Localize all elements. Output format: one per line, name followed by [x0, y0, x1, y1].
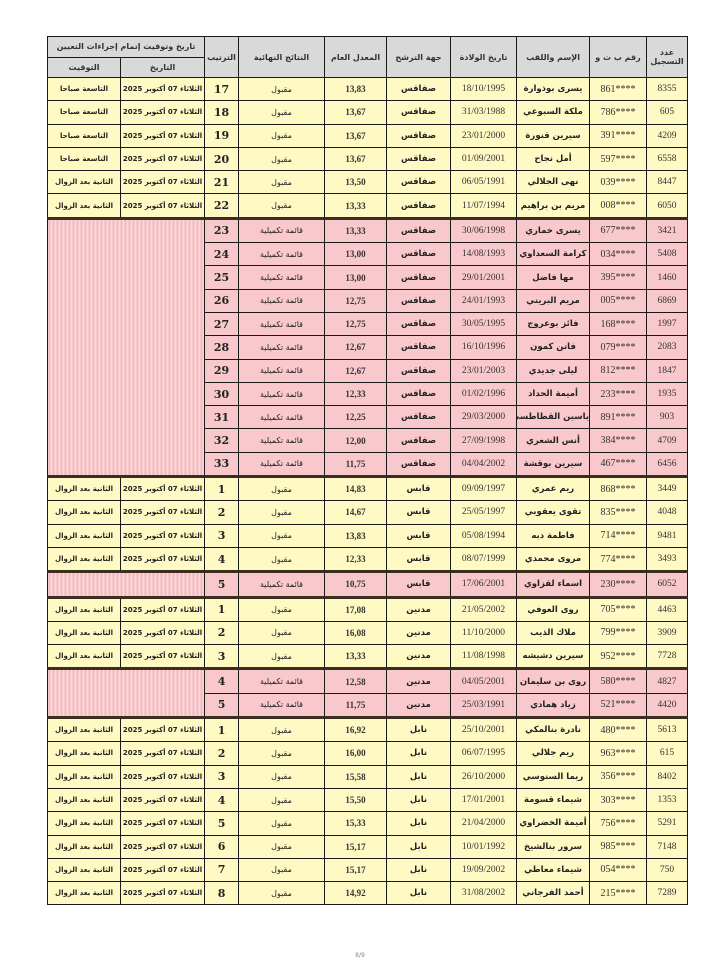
cell-registration-no: 3493: [647, 547, 688, 571]
results-table: عدد التسجيل رقم ب ت و الإسم واللقب تاريخ…: [47, 36, 688, 905]
cell-rank: 4: [205, 788, 239, 811]
cell-birth-date: 11/10/2000: [451, 621, 517, 644]
table-row: 4827****580روى بن سليمان04/05/2001مدنين1…: [48, 669, 688, 693]
cell-birth-date: 25/03/1991: [451, 693, 517, 717]
cell-region: نابل: [387, 812, 451, 835]
cell-cin: ****952: [590, 645, 647, 669]
cell-cin: ****786: [590, 101, 647, 124]
cell-result: قائمة تكميلية: [239, 266, 325, 289]
cell-region: صفاقس: [387, 243, 451, 266]
cell-candidate-name: فاتن كمون: [517, 336, 590, 359]
cell-rank: 4: [205, 669, 239, 693]
cell-average: 16,92: [325, 718, 387, 742]
table-row: 7289****215أحمد الفرجاني31/08/2002نابل14…: [48, 882, 688, 905]
cell-appointment-date: الثلاثاء 07 أكتوبر 2025: [121, 858, 205, 881]
cell-cin: ****391: [590, 124, 647, 147]
cell-average: 13,50: [325, 171, 387, 194]
cell-region: صفاقس: [387, 359, 451, 382]
cell-candidate-name: كرامة السعداوي: [517, 243, 590, 266]
cell-cin: ****054: [590, 858, 647, 881]
cell-cin: ****233: [590, 382, 647, 405]
cell-rank: 28: [205, 336, 239, 359]
cell-average: 16,08: [325, 621, 387, 644]
cell-appointment-date: الثلاثاء 07 أكتوبر 2025: [121, 124, 205, 147]
cell-candidate-name: أميمة الخضراوي: [517, 812, 590, 835]
cell-birth-date: 04/05/2001: [451, 669, 517, 693]
cell-result: مقبول: [239, 477, 325, 501]
cell-cin: ****395: [590, 266, 647, 289]
cell-appointment-date: الثلاثاء 07 أكتوبر 2025: [121, 147, 205, 170]
cell-candidate-name: فاطمة دبه: [517, 524, 590, 547]
cell-average: 12,33: [325, 382, 387, 405]
table-row: 1353****303شيماء قسومة17/01/2001نابل15,5…: [48, 788, 688, 811]
cell-candidate-name: ليلى جديدي: [517, 359, 590, 382]
cell-rank: 1: [205, 597, 239, 621]
cell-region: صفاقس: [387, 312, 451, 335]
cell-result: مقبول: [239, 742, 325, 765]
cell-registration-no: 3449: [647, 477, 688, 501]
cell-birth-date: 21/05/2002: [451, 597, 517, 621]
cell-birth-date: 27/09/1998: [451, 429, 517, 452]
cell-rank: 25: [205, 266, 239, 289]
cell-appointment-time: الثانية بعد الزوال: [48, 788, 121, 811]
cell-candidate-name: نادرة بنالمكي: [517, 718, 590, 742]
cell-birth-date: 31/03/1988: [451, 101, 517, 124]
cell-birth-date: 11/08/1998: [451, 645, 517, 669]
cell-rank: 2: [205, 501, 239, 524]
cell-result: قائمة تكميلية: [239, 289, 325, 312]
cell-registration-no: 7728: [647, 645, 688, 669]
cell-candidate-name: مريم البريني: [517, 289, 590, 312]
cell-rank: 24: [205, 243, 239, 266]
cell-region: قابس: [387, 547, 451, 571]
cell-registration-no: 9481: [647, 524, 688, 547]
cell-birth-date: 17/01/2001: [451, 788, 517, 811]
cell-birth-date: 29/01/2001: [451, 266, 517, 289]
cell-appointment-time: التاسعة صباحا: [48, 124, 121, 147]
table-row: 3449****868ريم عمري09/09/1997قابس14,83مق…: [48, 477, 688, 501]
cell-result: قائمة تكميلية: [239, 693, 325, 717]
cell-rank: 30: [205, 382, 239, 405]
cell-cin: ****034: [590, 243, 647, 266]
cell-region: صفاقس: [387, 452, 451, 476]
cell-average: 12,67: [325, 336, 387, 359]
cell-appointment-date: الثلاثاء 07 أكتوبر 2025: [121, 812, 205, 835]
cell-rank: 1: [205, 477, 239, 501]
cell-birth-date: 31/08/2002: [451, 882, 517, 905]
table-row: 9481****714فاطمة دبه05/08/1994قابس13,83م…: [48, 524, 688, 547]
cell-rank: 4: [205, 547, 239, 571]
cell-average: 13,00: [325, 243, 387, 266]
cell-average: 15,50: [325, 788, 387, 811]
cell-result: مقبول: [239, 835, 325, 858]
cell-candidate-name: أحمد الفرجاني: [517, 882, 590, 905]
page-number: 8/9: [0, 952, 720, 959]
cell-appointment-time: التاسعة صباحا: [48, 147, 121, 170]
cell-result: مقبول: [239, 812, 325, 835]
cell-rank: 20: [205, 147, 239, 170]
cell-region: صفاقس: [387, 266, 451, 289]
cell-appointment-date: الثلاثاء 07 أكتوبر 2025: [121, 835, 205, 858]
cell-rank: 33: [205, 452, 239, 476]
cell-rank: 21: [205, 171, 239, 194]
cell-average: 12,00: [325, 429, 387, 452]
cell-registration-no: 1460: [647, 266, 688, 289]
cell-cin: ****079: [590, 336, 647, 359]
table-row: 4209****391سيرين قنورة23/01/2000صفاقس13,…: [48, 124, 688, 147]
table-row: 8447****039نهى الجلالي06/05/1991صفاقس13,…: [48, 171, 688, 194]
cell-result: قائمة تكميلية: [239, 382, 325, 405]
cell-result: قائمة تكميلية: [239, 359, 325, 382]
cell-region: مدنين: [387, 597, 451, 621]
cell-region: صفاقس: [387, 406, 451, 429]
table-row: 5613****480نادرة بنالمكي25/10/2001نابل16…: [48, 718, 688, 742]
cell-candidate-name: تقوى يعقوبي: [517, 501, 590, 524]
cell-rank: 3: [205, 524, 239, 547]
cell-birth-date: 06/07/1995: [451, 742, 517, 765]
cell-region: صفاقس: [387, 147, 451, 170]
cell-region: صفاقس: [387, 101, 451, 124]
cell-appointment-time: الثانية بعد الزوال: [48, 882, 121, 905]
table-row: 8355****861يسرى بوذوارة18/10/1995صفاقس13…: [48, 78, 688, 101]
cell-average: 15,33: [325, 812, 387, 835]
cell-registration-no: 6050: [647, 194, 688, 218]
cell-cin: ****597: [590, 147, 647, 170]
cell-average: 12,67: [325, 359, 387, 382]
cell-average: 11,75: [325, 452, 387, 476]
cell-result: مقبول: [239, 645, 325, 669]
cell-cin: ****384: [590, 429, 647, 452]
cell-result: قائمة تكميلية: [239, 572, 325, 597]
cell-birth-date: 09/09/1997: [451, 477, 517, 501]
cell-result: مقبول: [239, 171, 325, 194]
cell-birth-date: 23/01/2000: [451, 124, 517, 147]
cell-appointment-date: الثلاثاء 07 أكتوبر 2025: [121, 597, 205, 621]
cell-appointment-time: الثانية بعد الزوال: [48, 597, 121, 621]
cell-appointment-date: الثلاثاء 07 أكتوبر 2025: [121, 742, 205, 765]
cell-result: مقبول: [239, 78, 325, 101]
header-registration-no: عدد التسجيل: [647, 37, 688, 78]
cell-result: قائمة تكميلية: [239, 336, 325, 359]
cell-appointment-time: الثانية بعد الزوال: [48, 765, 121, 788]
cell-birth-date: 26/10/2000: [451, 765, 517, 788]
cell-candidate-name: سيرين قنورة: [517, 124, 590, 147]
cell-registration-no: 7289: [647, 882, 688, 905]
cell-registration-no: 4709: [647, 429, 688, 452]
cell-candidate-name: فائز بوعروج: [517, 312, 590, 335]
cell-appointment-time: الثانية بعد الزوال: [48, 742, 121, 765]
table-row: 6052****230اسماء لقزاوي17/06/2001قابس10,…: [48, 572, 688, 597]
cell-candidate-name: روى العوفي: [517, 597, 590, 621]
header-birth-date: تاريخ الولادة: [451, 37, 517, 78]
cell-candidate-name: ريم جلالي: [517, 742, 590, 765]
cell-appointment-date: الثلاثاء 07 أكتوبر 2025: [121, 765, 205, 788]
cell-cin: ****835: [590, 501, 647, 524]
cell-registration-no: 4420: [647, 693, 688, 717]
cell-appointment-date: الثلاثاء 07 أكتوبر 2025: [121, 524, 205, 547]
cell-region: صفاقس: [387, 78, 451, 101]
cell-rank: 27: [205, 312, 239, 335]
header-name: الإسم واللقب: [517, 37, 590, 78]
cell-average: 13,33: [325, 645, 387, 669]
table-row: 5291****756أميمة الخضراوي21/04/2000نابل1…: [48, 812, 688, 835]
cell-average: 16,00: [325, 742, 387, 765]
cell-birth-date: 30/06/1998: [451, 218, 517, 242]
cell-registration-no: 8447: [647, 171, 688, 194]
cell-candidate-name: أميمة الحداد: [517, 382, 590, 405]
cell-birth-date: 30/05/1995: [451, 312, 517, 335]
cell-average: 10,75: [325, 572, 387, 597]
cell-candidate-name: يسرى خماري: [517, 218, 590, 242]
cell-region: نابل: [387, 742, 451, 765]
header-rank: الترتيب: [205, 37, 239, 78]
cell-registration-no: 4463: [647, 597, 688, 621]
cell-region: صفاقس: [387, 382, 451, 405]
cell-appointment-date: الثلاثاء 07 أكتوبر 2025: [121, 882, 205, 905]
table-row: 3909****799ملاك الذيب11/10/2000مدنين16,0…: [48, 621, 688, 644]
cell-appointment-time: الثانية بعد الزوال: [48, 718, 121, 742]
cell-appointment-date: الثلاثاء 07 أكتوبر 2025: [121, 788, 205, 811]
cell-birth-date: 01/09/2001: [451, 147, 517, 170]
cell-registration-no: 6456: [647, 452, 688, 476]
cell-cin: ****705: [590, 597, 647, 621]
cell-candidate-name: اسماء لقزاوي: [517, 572, 590, 597]
cell-average: 12,58: [325, 669, 387, 693]
cell-rank: 32: [205, 429, 239, 452]
cell-appointment-time: الثانية بعد الزوال: [48, 194, 121, 218]
header-result: النتائج النهائية: [239, 37, 325, 78]
cell-result: مقبول: [239, 524, 325, 547]
cell-candidate-name: ريما السنوسي: [517, 765, 590, 788]
cell-average: 11,75: [325, 693, 387, 717]
cell-candidate-name: ريم عمري: [517, 477, 590, 501]
cell-registration-no: 5613: [647, 718, 688, 742]
cell-rank: 22: [205, 194, 239, 218]
cell-registration-no: 4048: [647, 501, 688, 524]
cell-cin: ****812: [590, 359, 647, 382]
cell-registration-no: 7148: [647, 835, 688, 858]
cell-result: قائمة تكميلية: [239, 429, 325, 452]
table-row: 7148****985سرور بنالشيخ10/01/1992نابل15,…: [48, 835, 688, 858]
cell-region: صفاقس: [387, 336, 451, 359]
cell-average: 15,58: [325, 765, 387, 788]
cell-birth-date: 04/04/2002: [451, 452, 517, 476]
cell-registration-no: 6052: [647, 572, 688, 597]
cell-appointment-time: الثانية بعد الزوال: [48, 645, 121, 669]
cell-candidate-name: سيرين بوقشة: [517, 452, 590, 476]
cell-rank: 6: [205, 835, 239, 858]
cell-rank: 31: [205, 406, 239, 429]
cell-birth-date: 25/05/1997: [451, 501, 517, 524]
cell-cin: ****756: [590, 812, 647, 835]
cell-candidate-name: يسرى بوذوارة: [517, 78, 590, 101]
cell-rank: 2: [205, 621, 239, 644]
cell-registration-no: 1847: [647, 359, 688, 382]
cell-birth-date: 11/07/1994: [451, 194, 517, 218]
cell-average: 12,25: [325, 406, 387, 429]
results-body: 8355****861يسرى بوذوارة18/10/1995صفاقس13…: [48, 78, 688, 905]
cell-birth-date: 01/02/1996: [451, 382, 517, 405]
cell-cin: ****714: [590, 524, 647, 547]
table-row: 4463****705روى العوفي21/05/2002مدنين17,0…: [48, 597, 688, 621]
cell-appointment-time: الثانية بعد الزوال: [48, 621, 121, 644]
cell-registration-no: 6558: [647, 147, 688, 170]
cell-candidate-name: ملاك الذيب: [517, 621, 590, 644]
table-row: 8402****356ريما السنوسي26/10/2000نابل15,…: [48, 765, 688, 788]
cell-registration-no: 1997: [647, 312, 688, 335]
cell-result: قائمة تكميلية: [239, 218, 325, 242]
cell-region: نابل: [387, 882, 451, 905]
cell-rank: 26: [205, 289, 239, 312]
cell-birth-date: 29/03/2000: [451, 406, 517, 429]
cell-appointment-time: الثانية بعد الزوال: [48, 858, 121, 881]
cell-average: 13,00: [325, 266, 387, 289]
cell-appointment-time: الثانية بعد الزوال: [48, 835, 121, 858]
cell-registration-no: 3909: [647, 621, 688, 644]
cell-rank: 5: [205, 812, 239, 835]
cell-result: مقبول: [239, 501, 325, 524]
cell-birth-date: 21/04/2000: [451, 812, 517, 835]
cell-appointment-time: الثانية بعد الزوال: [48, 171, 121, 194]
cell-candidate-name: سرور بنالشيخ: [517, 835, 590, 858]
cell-birth-date: 06/05/1991: [451, 171, 517, 194]
cell-rank: 29: [205, 359, 239, 382]
cell-cin: ****580: [590, 669, 647, 693]
cell-average: 17,08: [325, 597, 387, 621]
cell-birth-date: 25/10/2001: [451, 718, 517, 742]
cell-rank: 2: [205, 742, 239, 765]
cell-birth-date: 05/08/1994: [451, 524, 517, 547]
cell-candidate-name: مها فاضل: [517, 266, 590, 289]
cell-appointment-time: الثانية بعد الزوال: [48, 812, 121, 835]
cell-candidate-name: مريم بن براهيم: [517, 194, 590, 218]
cell-candidate-name: شيماء معاطي: [517, 858, 590, 881]
cell-candidate-name: شيماء قسومة: [517, 788, 590, 811]
cell-region: قابس: [387, 501, 451, 524]
cell-registration-no: 1935: [647, 382, 688, 405]
cell-result: مقبول: [239, 147, 325, 170]
cell-average: 12,75: [325, 289, 387, 312]
cell-average: 15,17: [325, 835, 387, 858]
cell-appointment-date: الثلاثاء 07 أكتوبر 2025: [121, 645, 205, 669]
cell-result: مقبول: [239, 101, 325, 124]
cell-average: 13,67: [325, 101, 387, 124]
cell-average: 15,17: [325, 858, 387, 881]
header-cin: رقم ب ت و: [590, 37, 647, 78]
cell-rank: 23: [205, 218, 239, 242]
no-appointment-hatched-cell: [48, 669, 205, 718]
cell-cin: ****963: [590, 742, 647, 765]
cell-appointment-date: الثلاثاء 07 أكتوبر 2025: [121, 101, 205, 124]
header-appointment-group: تاريخ وتوقيت إتمام إجراءات التعيين: [48, 37, 205, 58]
cell-region: نابل: [387, 788, 451, 811]
cell-cin: ****467: [590, 452, 647, 476]
cell-result: قائمة تكميلية: [239, 406, 325, 429]
cell-registration-no: 4827: [647, 669, 688, 693]
cell-result: مقبول: [239, 597, 325, 621]
table-row: 4048****835تقوى يعقوبي25/05/1997قابس14,6…: [48, 501, 688, 524]
cell-appointment-date: الثلاثاء 07 أكتوبر 2025: [121, 194, 205, 218]
cell-average: 14,92: [325, 882, 387, 905]
cell-candidate-name: أنس الشعري: [517, 429, 590, 452]
cell-birth-date: 17/06/2001: [451, 572, 517, 597]
header-appointment-date: التاريخ: [121, 57, 205, 78]
cell-region: مدنين: [387, 669, 451, 693]
cell-registration-no: 8355: [647, 78, 688, 101]
cell-result: مقبول: [239, 882, 325, 905]
cell-region: مدنين: [387, 693, 451, 717]
cell-candidate-name: سيرين دشيشه: [517, 645, 590, 669]
cell-cin: ****168: [590, 312, 647, 335]
cell-rank: 7: [205, 858, 239, 881]
cell-rank: 19: [205, 124, 239, 147]
cell-average: 12,75: [325, 312, 387, 335]
cell-registration-no: 605: [647, 101, 688, 124]
cell-cin: ****005: [590, 289, 647, 312]
cell-rank: 3: [205, 645, 239, 669]
header-region: جهة الترشح: [387, 37, 451, 78]
cell-appointment-time: الثانية بعد الزوال: [48, 547, 121, 571]
cell-region: نابل: [387, 835, 451, 858]
cell-candidate-name: ملكة السبوعي: [517, 101, 590, 124]
table-row: 3421****677يسرى خماري30/06/1998صفاقس13,3…: [48, 218, 688, 242]
cell-appointment-time: الثانية بعد الزوال: [48, 524, 121, 547]
cell-result: مقبول: [239, 858, 325, 881]
table-row: 750****054شيماء معاطي19/09/2002نابل15,17…: [48, 858, 688, 881]
cell-appointment-date: الثلاثاء 07 أكتوبر 2025: [121, 501, 205, 524]
cell-registration-no: 5408: [647, 243, 688, 266]
cell-birth-date: 14/08/1993: [451, 243, 517, 266]
cell-cin: ****985: [590, 835, 647, 858]
cell-cin: ****215: [590, 882, 647, 905]
cell-cin: ****230: [590, 572, 647, 597]
cell-birth-date: 16/10/1996: [451, 336, 517, 359]
cell-rank: 8: [205, 882, 239, 905]
cell-result: قائمة تكميلية: [239, 669, 325, 693]
cell-rank: 18: [205, 101, 239, 124]
cell-birth-date: 18/10/1995: [451, 78, 517, 101]
cell-result: مقبول: [239, 621, 325, 644]
cell-region: قابس: [387, 477, 451, 501]
cell-cin: ****774: [590, 547, 647, 571]
cell-rank: 3: [205, 765, 239, 788]
cell-birth-date: 23/01/2003: [451, 359, 517, 382]
cell-appointment-date: الثلاثاء 07 أكتوبر 2025: [121, 477, 205, 501]
cell-cin: ****008: [590, 194, 647, 218]
cell-appointment-date: الثلاثاء 07 أكتوبر 2025: [121, 547, 205, 571]
cell-registration-no: 4209: [647, 124, 688, 147]
cell-result: قائمة تكميلية: [239, 243, 325, 266]
table-row: 605****786ملكة السبوعي31/03/1988صفاقس13,…: [48, 101, 688, 124]
cell-cin: ****303: [590, 788, 647, 811]
cell-region: مدنين: [387, 621, 451, 644]
cell-region: نابل: [387, 858, 451, 881]
cell-average: 13,33: [325, 218, 387, 242]
cell-rank: 1: [205, 718, 239, 742]
cell-region: صفاقس: [387, 124, 451, 147]
table-row: 3493****774مروى محمدي08/07/1999قابس12,33…: [48, 547, 688, 571]
cell-registration-no: 6869: [647, 289, 688, 312]
cell-candidate-name: أمل نجاح: [517, 147, 590, 170]
cell-average: 14,67: [325, 501, 387, 524]
cell-region: صفاقس: [387, 194, 451, 218]
cell-result: مقبول: [239, 124, 325, 147]
cell-region: صفاقس: [387, 289, 451, 312]
cell-result: قائمة تكميلية: [239, 312, 325, 335]
no-appointment-hatched-cell: [48, 572, 205, 597]
cell-appointment-time: الثانية بعد الزوال: [48, 501, 121, 524]
cell-cin: ****356: [590, 765, 647, 788]
